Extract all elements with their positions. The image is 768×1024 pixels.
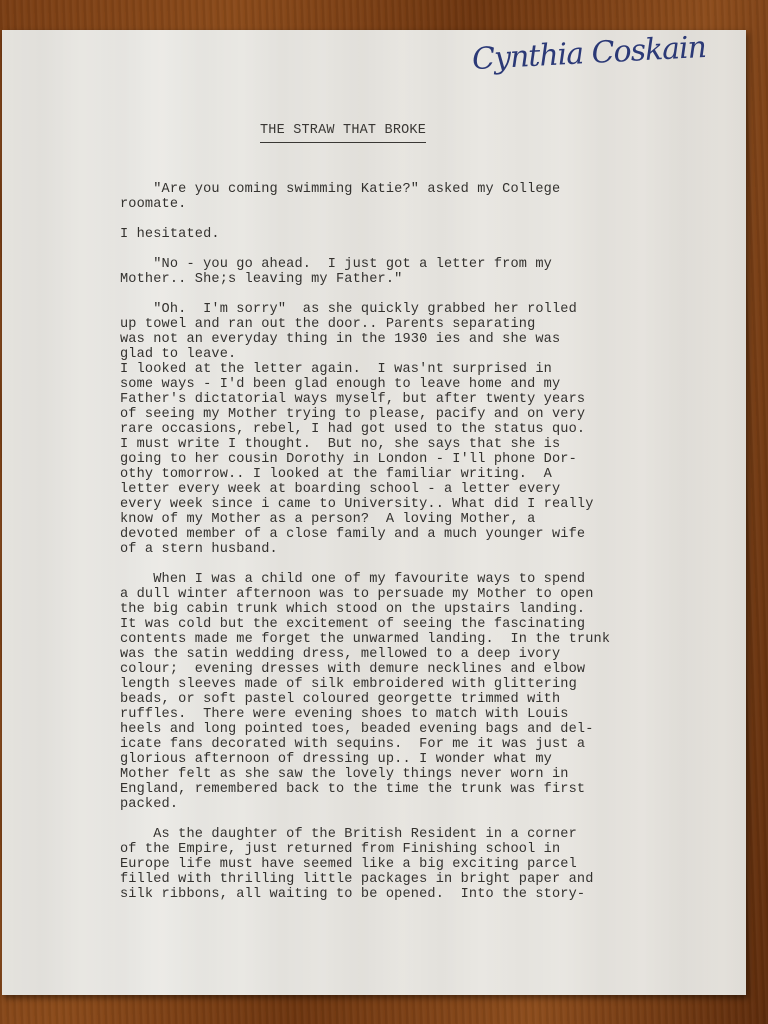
text-line: Europe life must have seemed like a big … xyxy=(120,857,740,872)
text-line: of a stern husband. xyxy=(120,542,740,557)
text-line: packed. xyxy=(120,797,740,812)
paragraph-gap xyxy=(120,557,740,572)
paragraph-gap xyxy=(120,212,740,227)
text-line: silk ribbons, all waiting to be opened. … xyxy=(120,887,740,902)
text-line: As the daughter of the British Resident … xyxy=(120,827,740,842)
text-line: I must write I thought. But no, she says… xyxy=(120,437,740,452)
text-line: heels and long pointed toes, beaded even… xyxy=(120,722,740,737)
text-line: letter every week at boarding school - a… xyxy=(120,482,740,497)
paragraph-gap xyxy=(120,242,740,257)
text-line: England, remembered back to the time the… xyxy=(120,782,740,797)
text-line: It was cold but the excitement of seeing… xyxy=(120,617,740,632)
text-line: filled with thrilling little packages in… xyxy=(120,872,740,887)
text-line: othy tomorrow.. I looked at the familiar… xyxy=(120,467,740,482)
text-line: I looked at the letter again. I was'nt s… xyxy=(120,362,740,377)
handwritten-signature: Cynthia Coskain xyxy=(471,30,707,77)
paragraph: I hesitated. xyxy=(120,227,740,242)
text-line: beads, or soft pastel coloured georgette… xyxy=(120,692,740,707)
text-line: "Are you coming swimming Katie?" asked m… xyxy=(120,182,740,197)
paragraph-gap xyxy=(120,812,740,827)
text-line: glorious afternoon of dressing up.. I wo… xyxy=(120,752,740,767)
text-line: rare occasions, rebel, I had got used to… xyxy=(120,422,740,437)
text-line: "No - you go ahead. I just got a letter … xyxy=(120,257,740,272)
text-line: every week since i came to University.. … xyxy=(120,497,740,512)
text-line: ruffles. There were evening shoes to mat… xyxy=(120,707,740,722)
paragraph-gap xyxy=(120,287,740,302)
text-line: icate fans decorated with sequins. For m… xyxy=(120,737,740,752)
paragraph: When I was a child one of my favourite w… xyxy=(120,572,740,812)
text-line: devoted member of a close family and a m… xyxy=(120,527,740,542)
text-line: the big cabin trunk which stood on the u… xyxy=(120,602,740,617)
text-line: of the Empire, just returned from Finish… xyxy=(120,842,740,857)
document-body: "Are you coming swimming Katie?" asked m… xyxy=(120,182,740,902)
paragraph: "Are you coming swimming Katie?" asked m… xyxy=(120,182,740,212)
text-line: "Oh. I'm sorry" as she quickly grabbed h… xyxy=(120,302,740,317)
text-line: some ways - I'd been glad enough to leav… xyxy=(120,377,740,392)
typewritten-page: Cynthia Coskain THE STRAW THAT BROKE "Ar… xyxy=(2,30,746,995)
text-line: Father's dictatorial ways myself, but af… xyxy=(120,392,740,407)
text-line: roomate. xyxy=(120,197,740,212)
text-line: going to her cousin Dorothy in London - … xyxy=(120,452,740,467)
paragraph: As the daughter of the British Resident … xyxy=(120,827,740,902)
text-line: Mother felt as she saw the lovely things… xyxy=(120,767,740,782)
text-line: When I was a child one of my favourite w… xyxy=(120,572,740,587)
text-line: was not an everyday thing in the 1930 ie… xyxy=(120,332,740,347)
text-line: know of my Mother as a person? A loving … xyxy=(120,512,740,527)
text-line: Mother.. She;s leaving my Father." xyxy=(120,272,740,287)
text-line: a dull winter afternoon was to persuade … xyxy=(120,587,740,602)
paragraph: "Oh. I'm sorry" as she quickly grabbed h… xyxy=(120,302,740,557)
document-title: THE STRAW THAT BROKE xyxy=(260,123,426,143)
text-line: colour; evening dresses with demure neck… xyxy=(120,662,740,677)
text-line: up towel and ran out the door.. Parents … xyxy=(120,317,740,332)
paragraph: "No - you go ahead. I just got a letter … xyxy=(120,257,740,287)
text-line: contents made me forget the unwarmed lan… xyxy=(120,632,740,647)
text-line: length sleeves made of silk embroidered … xyxy=(120,677,740,692)
text-line: of seeing my Mother trying to please, pa… xyxy=(120,407,740,422)
text-line: glad to leave. xyxy=(120,347,740,362)
text-line: was the satin wedding dress, mellowed to… xyxy=(120,647,740,662)
text-line: I hesitated. xyxy=(120,227,740,242)
